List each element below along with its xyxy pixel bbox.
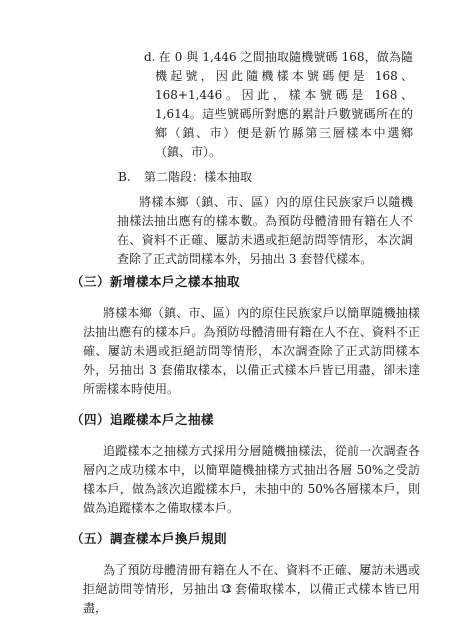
- section-5-heading: （五）調查樣本戶換戶規則: [71, 529, 420, 548]
- list-item-d-marker: d.: [144, 50, 156, 64]
- stage-b-heading: B.第二階段：樣本抽取: [118, 168, 452, 187]
- section-4-paragraph: 追蹤樣本之抽樣方式採用分層隨機抽樣法，從前一次調查各層內之成功樣本中，以簡單隨機…: [83, 442, 420, 518]
- page-number: 12: [0, 584, 452, 596]
- stage-b-title: 第二階段：樣本抽取: [144, 170, 252, 184]
- stage-b-marker: B.: [118, 168, 144, 187]
- section-3-paragraph: 將樣本鄉（鎮、市、區）內的原住民族家戶以簡單隨機抽樣法抽出應有的樣本戶。為預防母…: [83, 304, 420, 399]
- list-item-d-text: 在 0 與 1,446 之間抽取隨機號碼 168，做為隨機起號，因此隨機樣本號碼…: [155, 50, 413, 159]
- document-page: d.在 0 與 1,446 之間抽取隨機號碼 168，做為隨機起號，因此隨機樣本…: [0, 0, 452, 640]
- section-3-heading: （三）新增樣本戶之樣本抽取: [71, 272, 420, 291]
- stage-b-paragraph: 將樣本鄉（鎮、市、區）內的原住民族家戶以隨機抽樣法抽出應有的樣本數。為預防母體清…: [117, 193, 413, 269]
- list-item-d: d.在 0 與 1,446 之間抽取隨機號碼 168，做為隨機起號，因此隨機樣本…: [144, 48, 413, 162]
- section-4-heading: （四）追蹤樣本戶之抽樣: [71, 410, 420, 429]
